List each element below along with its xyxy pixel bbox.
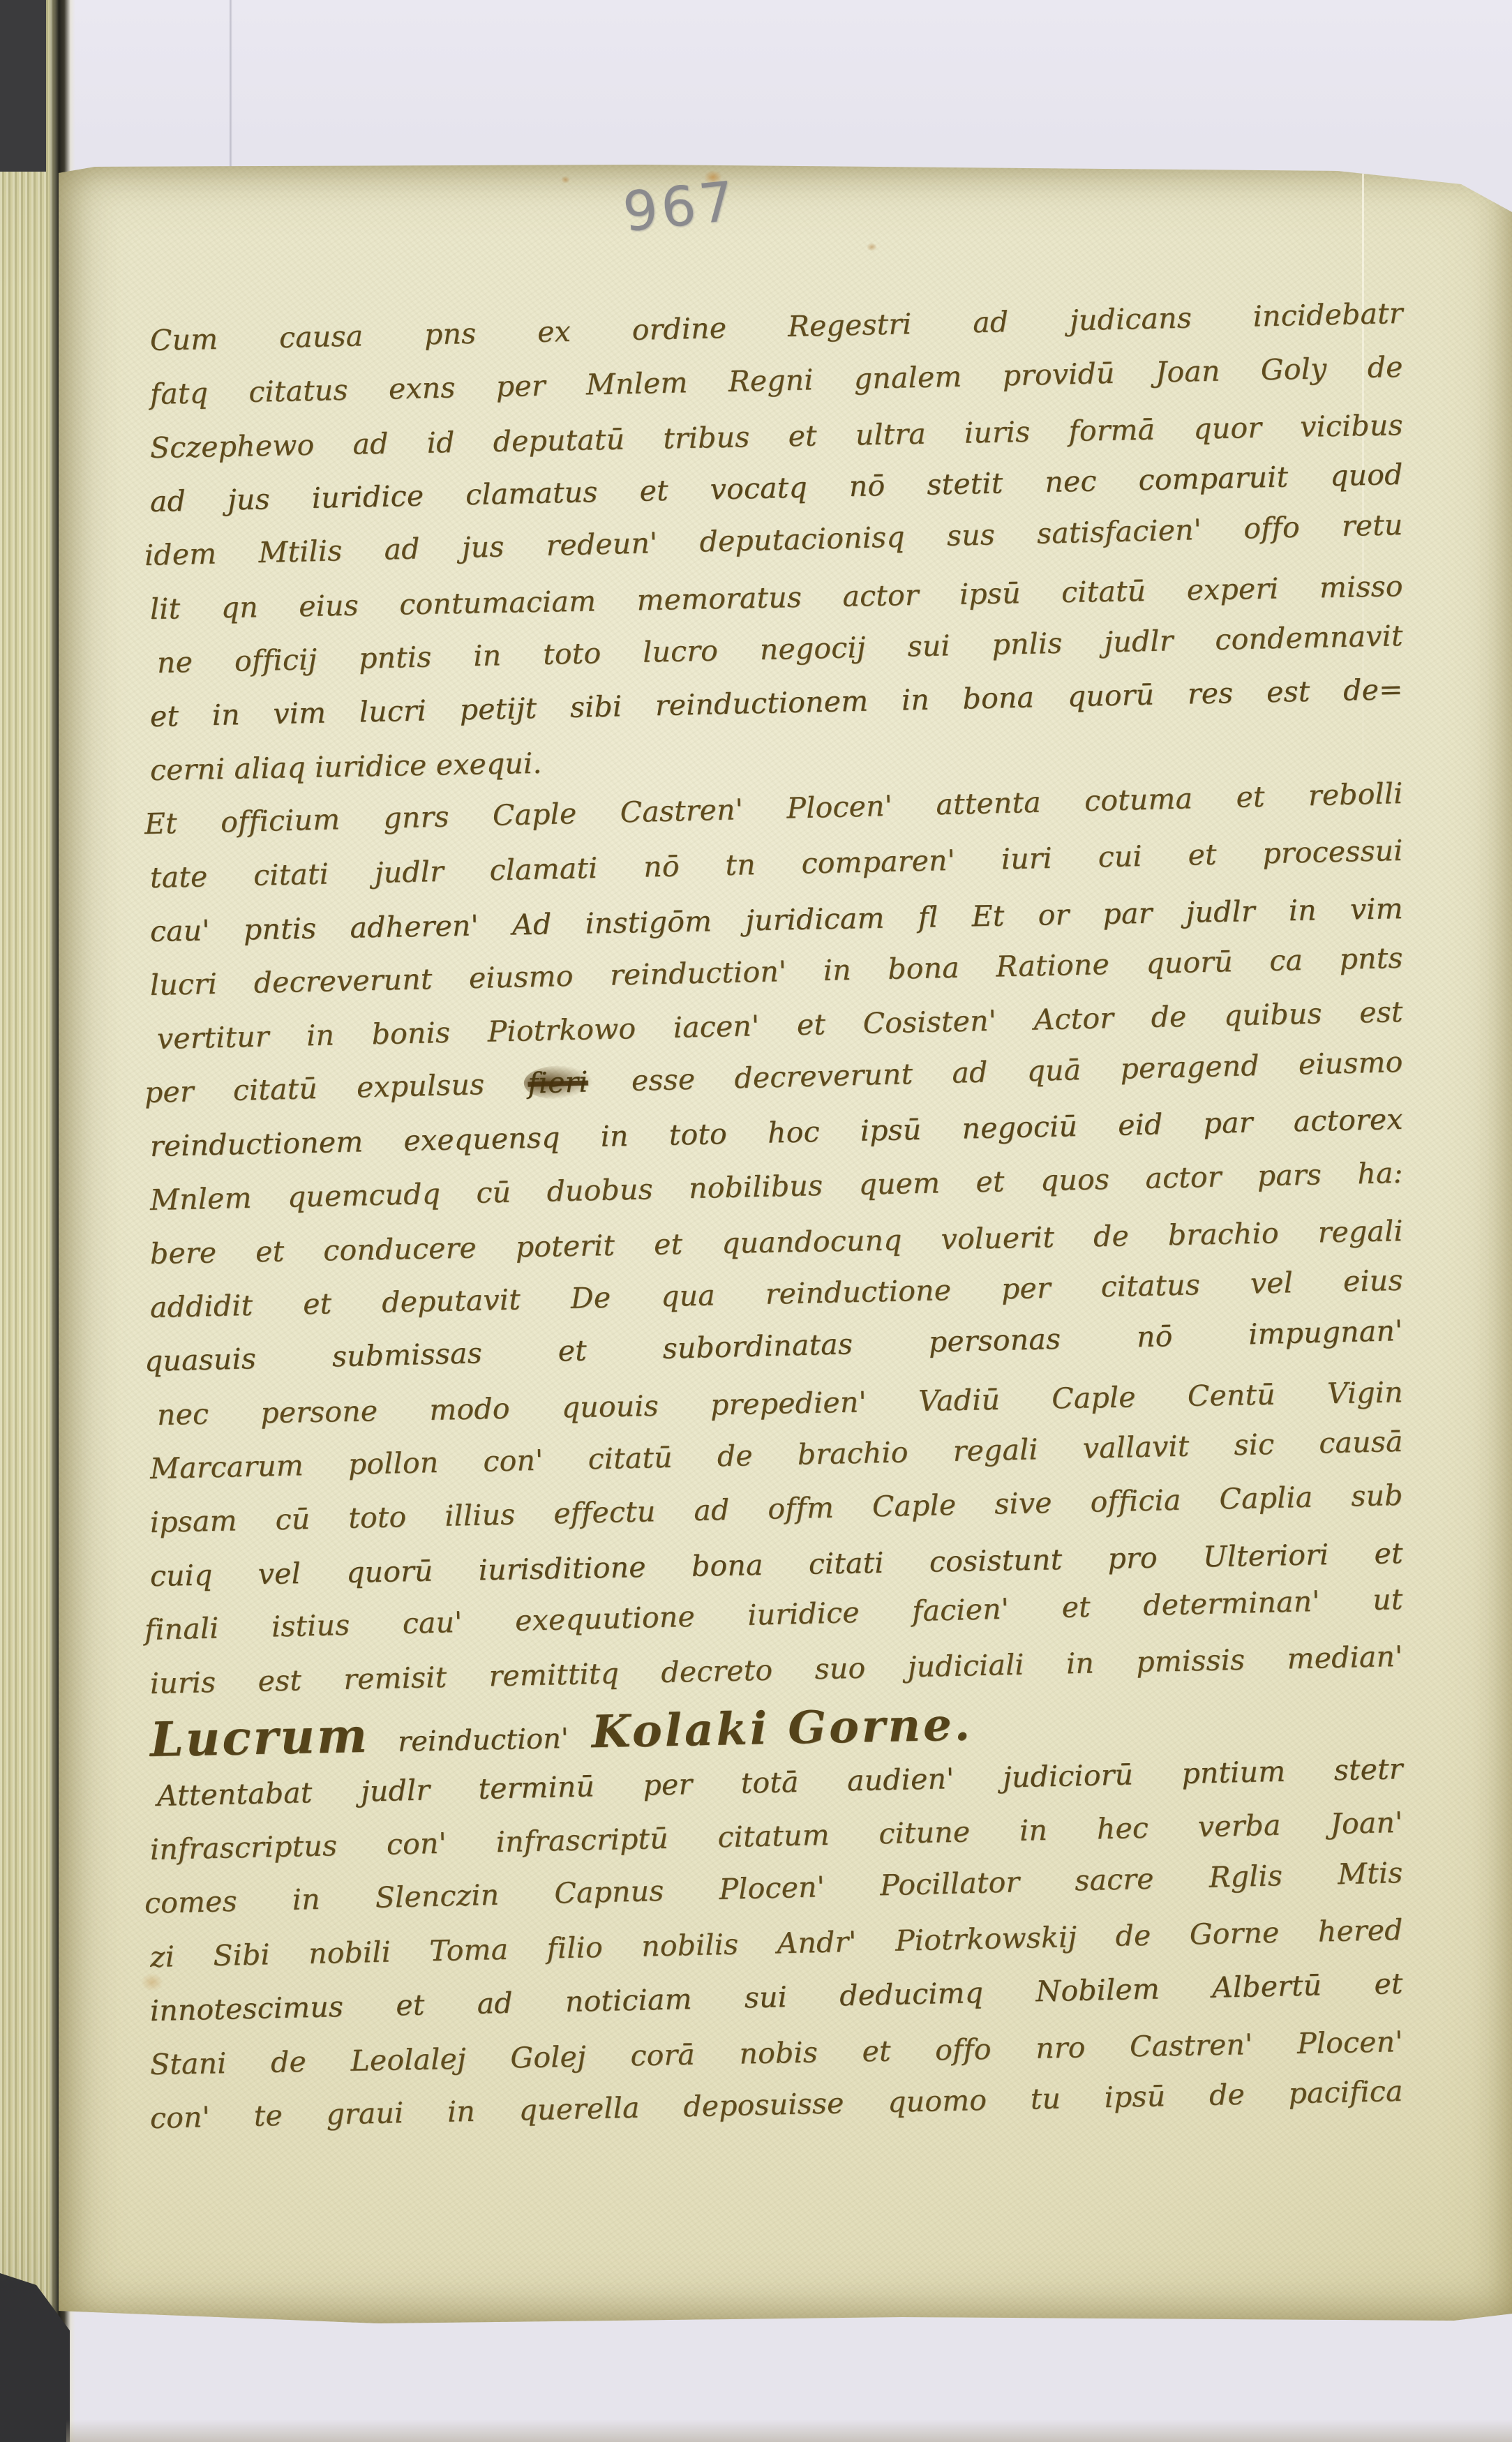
heading-word: Lucrum: [149, 1708, 369, 1768]
struck-out-word-ink-blot: fieri: [523, 1065, 592, 1100]
line-text-after-strike: esse decreverunt ad quā peragend eiusmo: [631, 1045, 1403, 1098]
book-cover-top-corner: [0, 0, 46, 172]
line-text-before-strike: per citatū expulsus: [144, 1068, 484, 1109]
manuscript-text-block: Cum causa pns ex ordine Regestri ad judi…: [150, 314, 1403, 2145]
heading-word: reinduction': [398, 1723, 569, 1758]
fox-stain: [561, 176, 570, 183]
fox-stain: [867, 243, 877, 251]
interleaf-fold-line: [229, 0, 232, 169]
folio-number-pencil: 967: [620, 170, 740, 245]
bottom-sheet-edge: [66, 2420, 1512, 2442]
heading-word: Kolaki Gorne.: [591, 1698, 973, 1758]
